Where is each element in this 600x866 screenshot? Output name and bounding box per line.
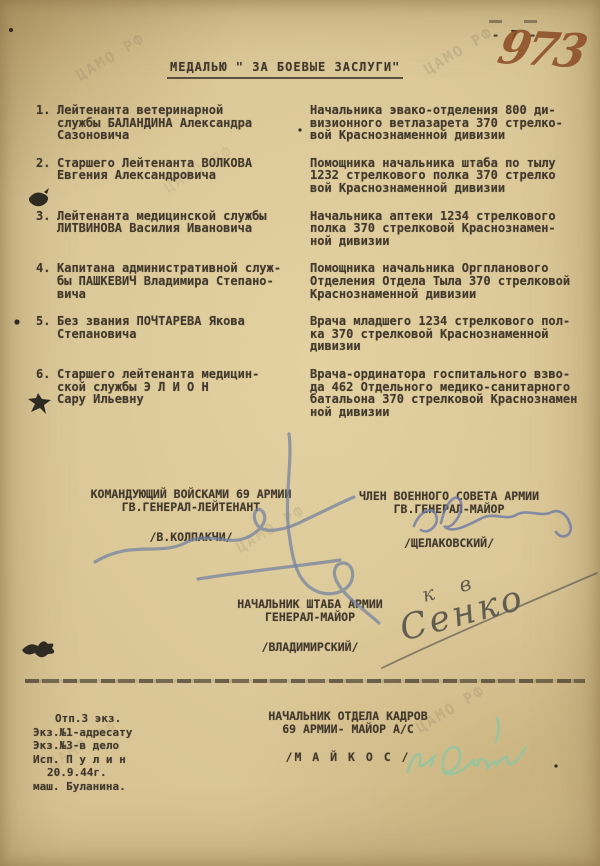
signature-block-personnel-chief: НАЧАЛЬНИК ОТДЕЛА КАДРОВ 69 АРМИИ- МАЙОР … xyxy=(246,710,450,764)
entry-person: Лейтенанта ветеринарной службы БАЛАНДИНА… xyxy=(57,104,310,142)
entry-person: Старшего лейтенанта медицин- ской службы… xyxy=(57,368,310,418)
footer-line: Экз.№3-в дело xyxy=(33,739,132,753)
typed-separator-line xyxy=(25,679,585,683)
entry-number: 5. xyxy=(36,315,57,353)
entry-number: 4. xyxy=(36,262,57,300)
footer-line: Экз.№1-адресату xyxy=(33,726,132,740)
position-line: вой Краснознаменной дивизии xyxy=(310,129,578,142)
person-line: вича xyxy=(57,288,310,301)
entry-position: Помощника начальника штаба по тылу 1232 … xyxy=(310,157,578,195)
copies-distribution-block: Отп.3 экз. Экз.№1-адресату Экз.№3-в дело… xyxy=(33,712,132,793)
handwritten-senko-note: к в Сенко xyxy=(390,559,529,650)
position-line: батальона 370 стрелковой Краснознамен xyxy=(310,393,578,406)
position-line: дивизии xyxy=(310,340,578,353)
camo-watermark: ЦАМО РФ xyxy=(73,29,148,84)
person-line: Евгения Александровича xyxy=(57,169,310,182)
award-entry: 1. Лейтенанта ветеринарной службы БАЛАНД… xyxy=(36,104,578,142)
signer-rank: ГВ.ГЕНЕРАЛ-МАЙОР xyxy=(336,503,562,516)
signature-block-commander: КОМАНДУЮЩИЙ ВОЙСКАМИ 69 АРМИИ ГВ.ГЕНЕРАЛ… xyxy=(76,488,306,544)
entry-number: 6. xyxy=(36,368,57,418)
signer-rank: ГЕНЕРАЛ-МАЙОР xyxy=(212,611,408,624)
person-line: Сазоновича xyxy=(57,129,310,142)
award-entry: 6. Старшего лейтенанта медицин- ской слу… xyxy=(36,368,578,418)
position-line: Врача-ординатора госпитального взво- xyxy=(310,368,578,381)
position-line: ной дивизии xyxy=(310,235,578,248)
footer-date: 20.9.44г. xyxy=(33,766,132,780)
signer-name: /ЩЕЛАКОВСКИЙ/ xyxy=(336,537,562,550)
entry-person: Без звания ПОЧТАРЕВА Якова Степановича xyxy=(57,315,310,353)
entry-position: Врача младшего 1234 стрелкового пол- ка … xyxy=(310,315,578,353)
position-line: вой Краснознаменной дивизии xyxy=(310,182,578,195)
entry-position: Врача-ординатора госпитального взво- да … xyxy=(310,368,578,418)
person-line: ЛИТВИНОВА Василия Ивановича xyxy=(57,222,310,235)
typed-tick-mark xyxy=(489,20,502,23)
document-page: ЦАМО РФ ЦАМО РФ ЦАМО РФ ЦАМО РФ ЦАМО РФ … xyxy=(0,0,600,866)
document-title: МЕДАЛЬЮ " ЗА БОЕВЫЕ ЗАСЛУГИ" xyxy=(167,60,403,79)
camo-watermark: ЦАМО РФ xyxy=(421,23,496,78)
position-line: Отделения Отдела Тыла 370 стрелковой xyxy=(310,275,578,288)
signer-rank: ГВ.ГЕНЕРАЛ-ЛЕЙТЕНАНТ xyxy=(76,501,306,514)
entry-position: Помощника начальника Оргпланового Отделе… xyxy=(310,262,578,300)
footer-line: Исп. П у л и н xyxy=(33,753,132,767)
handwritten-archive-number: 973 xyxy=(493,20,588,78)
entry-number: 3. xyxy=(36,210,57,248)
signature-block-council-member: ЧЛЕН ВОЕННОГО СОВЕТА АРМИИ ГВ.ГЕНЕРАЛ-МА… xyxy=(336,490,562,550)
person-line: бы ПАШКЕВИЧ Владимира Степано- xyxy=(57,275,310,288)
entry-number: 2. xyxy=(36,157,57,195)
position-line: Начальника эвако-отделения 800 ди- xyxy=(310,104,578,117)
entry-person: Старшего Лейтенанта ВОЛКОВА Евгения Алек… xyxy=(57,157,310,195)
award-entry: 2. Старшего Лейтенанта ВОЛКОВА Евгения А… xyxy=(36,157,578,195)
award-entry: 4. Капитана административной служ- бы ПА… xyxy=(36,262,578,300)
person-line: Без звания ПОЧТАРЕВА Якова xyxy=(57,315,310,328)
signer-name: /В.КОЛПАКЧИ/ xyxy=(76,531,306,544)
entry-person: Лейтенанта медицинской службы ЛИТВИНОВА … xyxy=(57,210,310,248)
person-line: Степановича xyxy=(57,328,310,341)
position-line: ной дивизии xyxy=(310,406,578,419)
entry-person: Капитана административной служ- бы ПАШКЕ… xyxy=(57,262,310,300)
entry-position: Начальника аптеки 1234 стрелкового полка… xyxy=(310,210,578,248)
person-line: Сару Ильевну xyxy=(57,393,310,406)
signature-block-chief-of-staff: НАЧАЛЬНИК ШТАБА АРМИИ ГЕНЕРАЛ-МАЙОР /ВЛА… xyxy=(212,598,408,654)
footer-typist: маш. Буланина. xyxy=(33,780,132,794)
entry-number: 1. xyxy=(36,104,57,142)
person-line: Старшего лейтенанта медицин- xyxy=(57,368,310,381)
position-line: Краснознаменной дивизии xyxy=(310,288,578,301)
position-line: Врача младшего 1234 стрелкового пол- xyxy=(310,315,578,328)
signer-name: /ВЛАДИМИРСКИЙ/ xyxy=(212,641,408,654)
award-entry: 3. Лейтенанта медицинской службы ЛИТВИНО… xyxy=(36,210,578,248)
signer-rank: 69 АРМИИ- МАЙОР А/С xyxy=(246,723,450,736)
person-line: Лейтенанта ветеринарной xyxy=(57,104,310,117)
footer-line: Отп.3 экз. xyxy=(33,712,132,726)
award-entry: 5. Без звания ПОЧТАРЕВА Якова Степанович… xyxy=(36,315,578,353)
signer-name: /М А Й К О С / xyxy=(246,751,450,764)
award-entries-list: 1. Лейтенанта ветеринарной службы БАЛАНД… xyxy=(36,104,578,433)
position-line: полка 370 стрелковой Краснознамен- xyxy=(310,222,578,235)
entry-position: Начальника эвако-отделения 800 ди- визио… xyxy=(310,104,578,142)
